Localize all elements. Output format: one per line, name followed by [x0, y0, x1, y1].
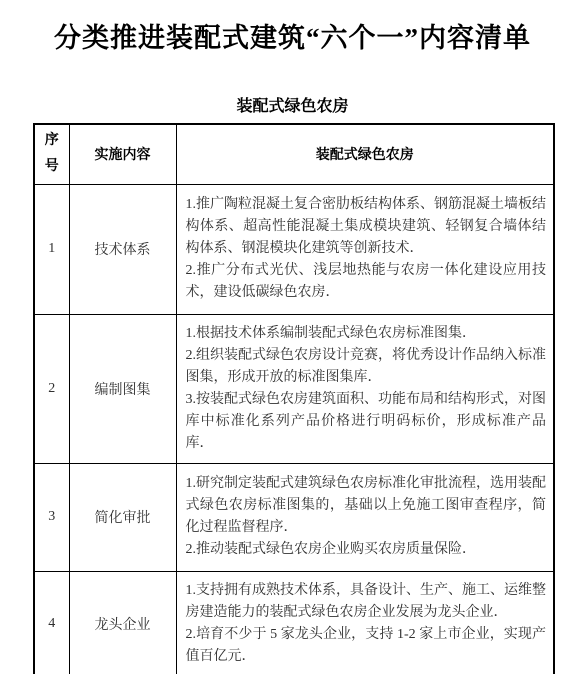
- row-category: 简化审批: [69, 463, 176, 571]
- row-content: 1.根据技术体系编制装配式绿色农房标准图集． 2.组织装配式绿色农房设计竞赛，将…: [176, 314, 554, 463]
- content-item: 1.支持拥有成熟技术体系，具备设计、生产、施工、运维整房建造能力的装配式绿色农房…: [186, 580, 547, 624]
- content-item: 1.推广陶粒混凝土复合密肋板结构体系、钢筋混凝土墙板结构体系、超高性能混凝土集成…: [186, 194, 547, 260]
- content-item: 1.研究制定装配式建筑绿色农房标准化审批流程，选用装配式绿色农房标准图集的，基础…: [186, 473, 547, 539]
- row-content: 1.支持拥有成熟技术体系，具备设计、生产、施工、运维整房建造能力的装配式绿色农房…: [176, 571, 554, 674]
- table-row: 1 技术体系 1.推广陶粒混凝土复合密肋板结构体系、钢筋混凝土墙板结构体系、超高…: [34, 184, 554, 314]
- row-seq: 2: [34, 314, 69, 463]
- row-content: 1.研究制定装配式建筑绿色农房标准化审批流程，选用装配式绿色农房标准图集的，基础…: [176, 463, 554, 571]
- document-title: 分类推进装配式建筑“六个一”内容清单: [0, 16, 585, 55]
- row-category: 龙头企业: [69, 571, 176, 674]
- column-header-seq: 序号: [34, 124, 69, 184]
- content-item: 2.推广分布式光伏、浅层地热能与农房一体化建设应用技术，建设低碳绿色农房．: [186, 260, 547, 304]
- row-seq: 3: [34, 463, 69, 571]
- content-item: 2.培育不少于 5 家龙头企业，支持 1-2 家上市企业，实现产值百亿元．: [186, 624, 547, 668]
- row-category: 编制图集: [69, 314, 176, 463]
- column-header-content: 装配式绿色农房: [176, 124, 554, 184]
- row-content: 1.推广陶粒混凝土复合密肋板结构体系、钢筋混凝土墙板结构体系、超高性能混凝土集成…: [176, 184, 554, 314]
- table-row: 3 简化审批 1.研究制定装配式建筑绿色农房标准化审批流程，选用装配式绿色农房标…: [34, 463, 554, 571]
- content-item: 1.根据技术体系编制装配式绿色农房标准图集．: [186, 323, 547, 345]
- column-header-seq-label: 序号: [44, 128, 59, 181]
- column-header-category: 实施内容: [69, 124, 176, 184]
- row-category: 技术体系: [69, 184, 176, 314]
- table-row: 4 龙头企业 1.支持拥有成熟技术体系，具备设计、生产、施工、运维整房建造能力的…: [34, 571, 554, 674]
- content-item: 3.按装配式绿色农房建筑面积、功能布局和结构形式，对图库中标准化系列产品价格进行…: [186, 389, 547, 455]
- content-table: 序号 实施内容 装配式绿色农房 1 技术体系 1.推广陶粒混凝土复合密肋板结构体…: [33, 123, 555, 674]
- row-seq: 1: [34, 184, 69, 314]
- table-header-row: 序号 实施内容 装配式绿色农房: [34, 124, 554, 184]
- content-item: 2.推动装配式绿色农房企业购买农房质量保险．: [186, 539, 547, 561]
- table-row: 2 编制图集 1.根据技术体系编制装配式绿色农房标准图集． 2.组织装配式绿色农…: [34, 314, 554, 463]
- document-page: 分类推进装配式建筑“六个一”内容清单 装配式绿色农房 序号 实施内容 装配式绿色…: [0, 0, 585, 674]
- section-title: 装配式绿色农房: [0, 93, 585, 116]
- row-seq: 4: [34, 571, 69, 674]
- content-item: 2.组织装配式绿色农房设计竞赛，将优秀设计作品纳入标准图集，形成开放的标准图集库…: [186, 345, 547, 389]
